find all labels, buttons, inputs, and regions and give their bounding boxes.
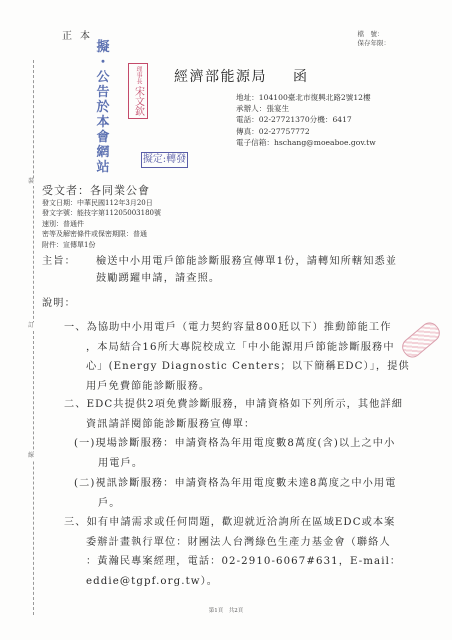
binding-line [33, 60, 34, 615]
subitem-marker: (二) [74, 478, 95, 489]
explanation-item-2: 二、EDC共提供2項免費診斷服務，申請資格如下列所示，其他詳細 資訊請詳閱節能診… [64, 395, 403, 434]
explanation-item-1: 一、為協助中小用電戶（電力契約容量800瓩以下）推動節能工作 ，本局結合16所大… [64, 318, 410, 396]
explanation-label: 說明： [42, 294, 76, 309]
contact-address: 地址：104100臺北市復興北路2號12樓 [236, 92, 376, 103]
binding-mark-middle: 訂 [28, 322, 34, 330]
binding-mark-top: 裝 [28, 178, 34, 186]
page-number: 第1頁 共2頁 [0, 606, 452, 614]
attachment: 附件：宣傳單1份 [42, 240, 161, 250]
subject-label: 主旨： [42, 253, 96, 270]
contact-fax: 傳真：02-27757772 [236, 126, 376, 137]
issue-date: 發文日期：中華民國112年3月20日 [42, 198, 161, 208]
contact-block: 地址：104100臺北市復興北路2號12樓 承辦人：張宴生 電話：02-2772… [236, 92, 376, 148]
action-stamp: 擬定:轉發 [141, 152, 188, 168]
subitem-marker: (一) [74, 438, 95, 449]
doc-number: 發文字號：能技字第11205003180號 [42, 208, 161, 218]
item-marker: 二、 [64, 399, 87, 410]
copy-type: 正本 [62, 27, 98, 42]
subject: 主旨：檢送中小用電戶節能診斷服務宣傳單1份，請轉知所轄知悉並 鼓勵踴躍申請，請查… [42, 253, 422, 287]
classification: 密等及解密條件或保密期限：普通 [42, 229, 161, 239]
contact-email: 電子信箱：hschang@moeaboe.gov.tw [236, 137, 376, 148]
explanation-subitem-2: (二)視訊診斷服務：申請資格為年用電度數未達8萬度之中小用電 戶。 [74, 474, 397, 513]
retention-label: 保存年限： [358, 39, 391, 48]
document-meta: 受文者：各同業公會 發文日期：中華民國112年3月20日 發文字號：能技字第11… [42, 183, 161, 250]
director-stamp-name: 宋文欽 [133, 86, 144, 116]
contact-phone: 電話：02-27721370分機：6417 [236, 114, 376, 125]
subject-line-1: 檢送中小用電戶節能診斷服務宣傳單1份，請轉知所轄知悉並 [96, 256, 397, 267]
recipient: 受文者：各同業公會 [42, 183, 161, 198]
agency-name: 經濟部能源局 [174, 69, 267, 85]
doc-type: 函 [293, 69, 309, 85]
handwritten-annotation: 擬 ・ 公 告 於 本 會 網 站 [95, 40, 111, 175]
explanation-item-3: 三、如有申請需求或任何問題，歡迎就近洽詢所在區域EDC或本案 委辦計畫執行單位：… [64, 513, 401, 591]
item-marker: 一、 [64, 322, 87, 333]
file-number-block: 檔 號： 保存年限： [358, 30, 391, 48]
delivery-speed: 速別：普通件 [42, 219, 161, 229]
contact-handler: 承辦人：張宴生 [236, 103, 376, 114]
director-stamp: 理事長 宋文欽 [128, 63, 148, 119]
subject-line-2: 鼓勵踴躍申請，請查照。 [42, 270, 422, 287]
explanation-subitem-1: (一)現場診斷服務：申請資格為年用電度數8萬度(含)以上之中小 用電戶。 [74, 434, 395, 473]
binding-mark-bottom: 線 [28, 452, 34, 460]
director-stamp-title: 理事長 [135, 66, 141, 84]
item-marker: 三、 [64, 517, 87, 528]
file-no-label: 檔 號： [358, 30, 391, 39]
agency-title: 經濟部能源局函 [174, 66, 309, 86]
